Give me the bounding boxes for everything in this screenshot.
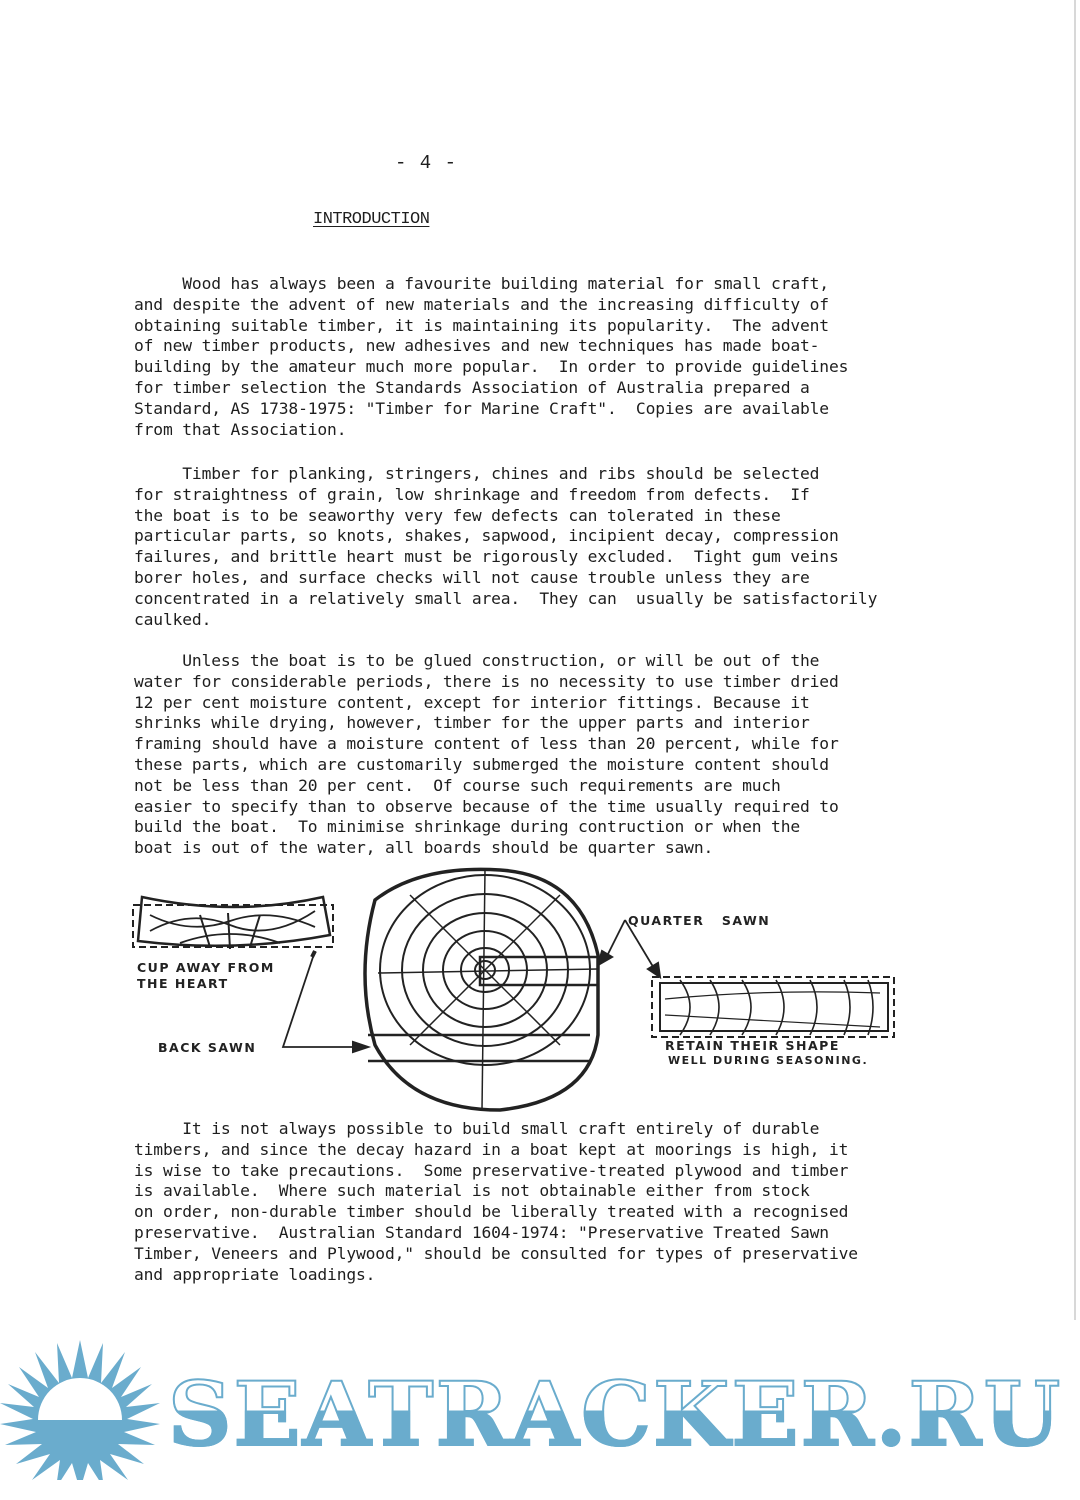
quarter-sawn-board-illustration — [652, 977, 894, 1037]
watermark-text: SEATRACKER.RU — [168, 1370, 1062, 1458]
page-number: - 4 - — [395, 152, 457, 174]
label-retain-line2: Well During Seasoning. — [668, 1054, 868, 1067]
label-quarter-sawn: Quarter Sawn — [628, 913, 770, 928]
label-cup-away-line1: Cup Away From — [137, 960, 275, 975]
watermark-logo: SEATRACKER.RU — [0, 1340, 1080, 1480]
log-cross-section-figure — [120, 865, 920, 1115]
paragraph-moisture-content: Unless the boat is to be glued construct… — [134, 651, 964, 859]
label-cup-away-line2: The Heart — [137, 976, 229, 991]
sun-over-sea-icon — [0, 1340, 170, 1480]
paragraph-intro: Wood has always been a favourite buildin… — [134, 274, 964, 440]
log-end-grain — [365, 869, 598, 1110]
label-retain-line1: Retain Their Shape — [665, 1038, 840, 1053]
scan-edge-mark — [1074, 0, 1076, 1320]
paragraph-preservation: It is not always possible to build small… — [134, 1119, 964, 1285]
label-back-sawn: Back Sawn — [158, 1040, 256, 1055]
sawing-diagram: Cup Away From The Heart Back Sawn Quarte… — [120, 865, 920, 1115]
section-heading: INTRODUCTION — [313, 210, 429, 229]
back-sawn-board-illustration — [133, 897, 333, 949]
paragraph-timber-selection: Timber for planking, stringers, chines a… — [134, 464, 964, 630]
